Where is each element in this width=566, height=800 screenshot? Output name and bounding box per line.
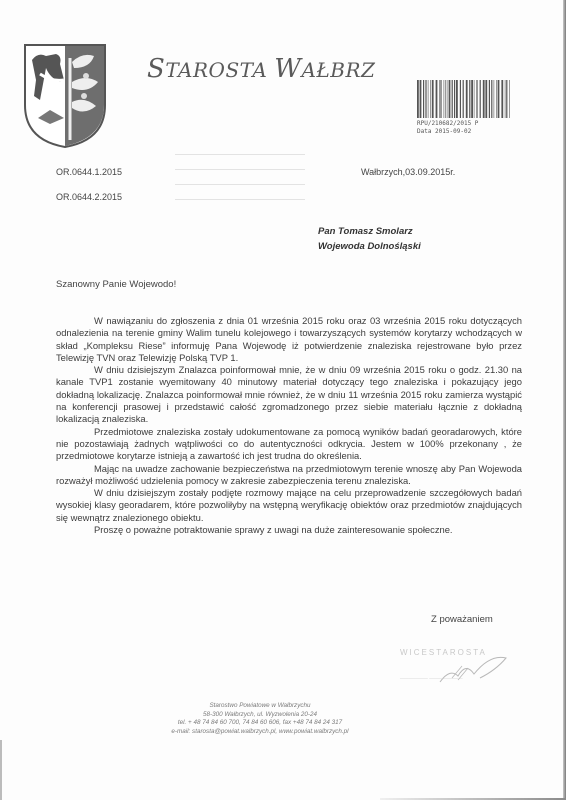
title-initial-1: S: [147, 54, 165, 84]
title-rest-2: AŁBRZ: [301, 58, 375, 82]
signature-subtext: __________ ____________: [400, 674, 463, 680]
paragraph: Proszę o poważne potraktowanie sprawy z …: [56, 524, 522, 536]
footer-phones: tel. + 48 74 84 60 700, 74 84 60 606, fa…: [130, 719, 390, 728]
addressee-block: Pan Tomasz Smolarz Wojewoda Dolnośląski: [318, 224, 421, 254]
paragraph: Mając na uwadze zachowanie bezpieczeństw…: [56, 463, 522, 488]
closing-phrase: Z poważaniem: [431, 614, 493, 625]
paragraph: W dniu dzisiejszym Znalazca poinformował…: [56, 364, 522, 425]
faded-stamp: [175, 140, 305, 220]
organization-title: STAROSTA WAŁBRZ: [147, 54, 375, 84]
signature-block: WICESTAROSTA __________ ____________: [400, 648, 540, 688]
footer-office: Starostwo Powiatowe w Wałbrzychu: [130, 702, 390, 711]
addressee-title: Wojewoda Dolnośląski: [318, 239, 421, 254]
letterhead-footer: Starostwo Powiatowe w Wałbrzychu 58-300 …: [130, 702, 390, 736]
registration-number: RPU/210682/2015 P: [417, 120, 478, 128]
barcode-icon: [417, 80, 513, 118]
footer-contact: e-mail: starosta@powiat.walbrzych.pl, ww…: [130, 728, 390, 737]
reference-number-1: OR.0644.1.2015: [56, 167, 122, 177]
reference-number-2: OR.0644.2.2015: [56, 192, 122, 202]
registration-label: RPU/210682/2015 P Data 2015-09-02: [417, 120, 478, 136]
registration-date: Data 2015-09-02: [417, 128, 478, 136]
salutation: Szanowny Panie Wojewodo!: [56, 279, 176, 290]
paragraph: W dniu dzisiejszym zostały podjęte rozmo…: [56, 487, 522, 524]
addressee-name: Pan Tomasz Smolarz: [318, 224, 421, 239]
paragraph: W nawiązaniu do zgłoszenia z dnia 01 wrz…: [56, 315, 522, 364]
page-edge-left: [0, 740, 2, 800]
title-rest-1: TAROSTA: [165, 58, 274, 82]
coat-of-arms-icon: [20, 40, 110, 150]
handwritten-signature-icon: [400, 648, 540, 688]
footer-address: 58-300 Wałbrzych, ul. Wyzwolenia 20-24: [130, 711, 390, 720]
letter-body: W nawiązaniu do zgłoszenia z dnia 01 wrz…: [56, 315, 522, 536]
place-and-date: Wałbrzych,03.09.2015r.: [361, 167, 455, 177]
title-initial-2: W: [274, 54, 301, 84]
paragraph: Przedmiotowe znaleziska zostały udokumen…: [56, 426, 522, 463]
